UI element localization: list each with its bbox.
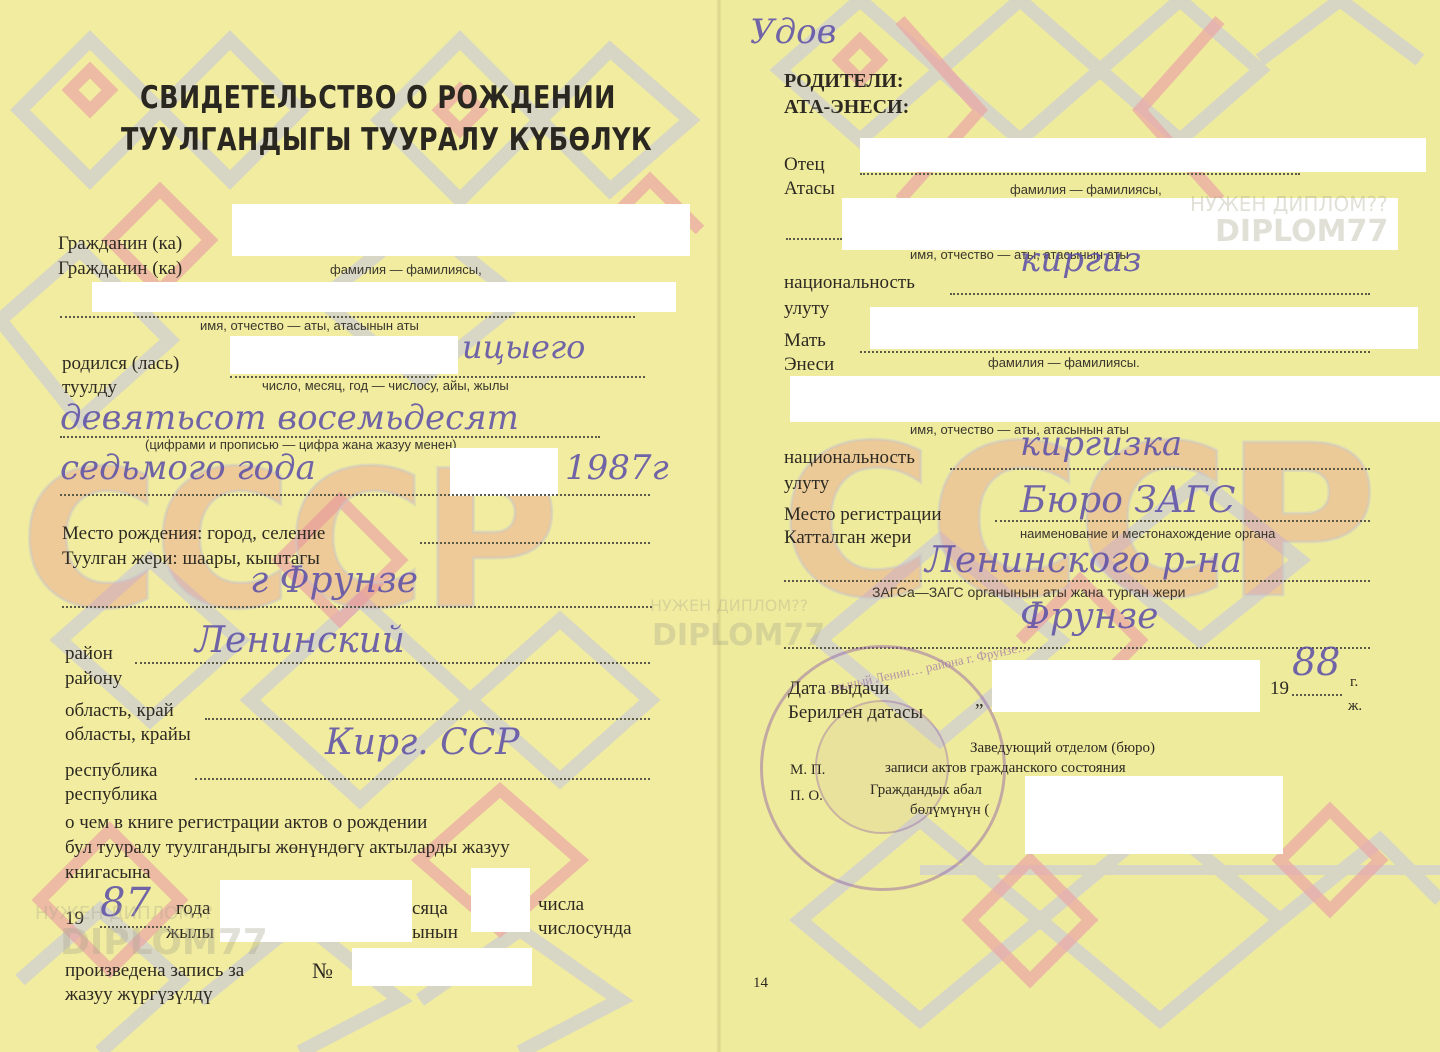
redacted-father-surname [860,138,1426,172]
issue-year-dotted-line [1292,694,1342,696]
redacted-signature-name [1025,776,1283,854]
redacted-reg-day [471,868,530,932]
mother-surname-dotted-line [860,351,1370,353]
handwritten-registration-1: Бюро ЗАГС [1020,480,1235,521]
mother-surname-hint: фамилия — фамилиясы. [988,355,1140,370]
district-label-ky: району [65,668,122,690]
issue-quote-mark: „ [975,690,983,712]
watermark-brand-left: DIPLOM77 [60,922,268,963]
redacted-birth-number [450,448,558,496]
redacted-mother-surname [870,307,1418,349]
mother-label-ru: Мать [784,330,826,352]
district-dotted-line [135,662,650,664]
handwritten-district: Ленинский [195,620,405,661]
handwritten-day-suffix: ицыего [462,328,585,366]
mp-label-ru: М. П. [790,762,825,779]
year-abbr-ru: г. [1350,674,1358,691]
left-page: СССР СВИДЕТЕЛЬСТВО О РОЖДЕНИИ ТУУЛГАНДЫГ… [0,0,720,1052]
district-label-ru: район [65,643,113,665]
handwritten-registration-2: Ленинского р-на [925,540,1242,581]
record-number-sign: № [312,958,333,984]
birthplace-label-ru: Место рождения: город, селение [62,523,325,545]
father-label-ru: Отец [784,154,825,176]
month-word-ky: ынын [412,922,458,944]
day-word-ru: числа [538,894,584,916]
issue-date-label-ky: Берилген датасы [788,702,923,724]
handwritten-year-words-1: девятьсот восемьдесят [60,398,519,438]
watermark-slogan-right: НУЖЕН ДИПЛОМ?? [1190,192,1388,216]
month-word-ru: сяца [412,898,448,920]
parents-heading-ru: РОДИТЕЛИ: [784,70,904,93]
father-nationality-label-ru: национальность [784,272,915,294]
mother-nationality-dotted-line [950,468,1370,470]
republic-dotted-line [195,778,650,780]
republic-label-ky: республика [65,784,157,806]
birthplace-dotted-line [420,542,650,544]
surname-hint: фамилия — фамилиясы, [330,262,482,277]
record-label-ky: жазуу жүргүзүлдү [65,984,213,1006]
title-kyrgyz: ТУУЛГАНДЫГЫ ТУУРАЛУ КҮБӨЛҮК [121,122,652,158]
watermark-brand-right: DIPLOM77 [1215,214,1388,249]
father-name-dotted-line [786,238,842,240]
handwritten-corner-note: Удов [750,12,836,52]
father-label-ky: Атасы [784,178,835,200]
handwritten-birth-year: 1987г [565,448,669,488]
year-abbr-ky: ж. [1348,698,1362,715]
city-dotted-line [62,606,652,608]
handwritten-city: г Фрунзе [250,560,418,601]
father-surname-dotted-line [860,173,1300,175]
registration-dotted-line-2 [784,580,1370,582]
head-title-line-1: Заведующий отделом (бюро) [970,740,1155,757]
redacted-record-number [352,948,532,986]
date-hint: число, месяц, год — числосу, айы, жылы [262,378,509,393]
region-label-ky: областы, крайы [65,724,191,746]
org-hint: наименование и местонахождение органа [1020,526,1275,541]
region-label-ru: область, край [65,700,174,722]
registration-place-label-ky: Катталган жери [784,527,911,549]
father-nationality-label-ky: улуту [784,298,829,320]
region-dotted-line [205,718,650,720]
born-label-ky: туулду [62,377,117,399]
page-number: 14 [753,975,768,992]
head-title-line-2: записи актов гражданского состояния [885,760,1126,777]
redacted-issue-date [992,660,1260,712]
redacted-birth-day [230,336,458,374]
day-word-ky: числосунда [538,918,632,940]
issue-year-prefix: 19 [1270,678,1289,700]
issue-date-label-ru: Дата выдачи [788,678,889,700]
born-label-ru: родился (лась) [62,353,179,375]
registration-dotted-line-1 [995,520,1370,522]
registry-text-ru: о чем в книге регистрации актов о рожден… [65,812,427,834]
redacted-first-name [92,282,676,312]
citizen-label-ru: Гражданин (ка) [58,233,182,255]
redacted-surname [232,204,690,256]
mother-nationality-label-ru: национальность [784,447,915,469]
republic-label-ru: республика [65,760,157,782]
page-fold [716,0,722,1052]
name-hint: имя, отчество — аты, атасынын аты [200,318,419,333]
year-words-dotted-line-2 [60,494,650,496]
redacted-mother-name [790,376,1440,422]
father-nationality-dotted-line [950,293,1370,295]
mother-nationality-label-ky: улуту [784,473,829,495]
head-title-line-3: Граждандык абал [870,782,982,799]
handwritten-father-nationality: киргиз [1020,240,1142,280]
mp-label-ky: П. О. [790,788,823,805]
handwritten-mother-nationality: киргизка [1020,424,1182,464]
watermark-brand-center: DIPLOM77 [652,618,825,653]
watermark-slogan-center: НУЖЕН ДИПЛОМ?? [650,596,808,615]
title-russian: СВИДЕТЕЛЬСТВО О РОЖДЕНИИ [140,80,616,116]
mother-label-ky: Энеси [784,354,834,376]
registry-text-ky: бул тууралу туулгандыгы жөнүндөгү актыла… [65,837,510,859]
record-label-ru: произведена запись за [65,960,244,982]
citizen-label-ky: Гражданин (ка) [58,258,182,280]
handwritten-registration-3: Фрунзе [1020,596,1158,637]
head-title-line-4: бөлүмүнүн ( [910,802,989,819]
handwritten-year-words-2: седьмого года [60,448,316,488]
registration-place-label-ru: Место регистрации [784,504,942,526]
handwritten-republic: Кирг. ССР [325,722,519,763]
watermark-slogan-left: НУЖЕН ДИПЛОМ?? [35,903,213,924]
father-surname-hint: фамилия — фамилиясы, [1010,182,1162,197]
handwritten-issue-year: 88 [1292,640,1340,684]
right-page: СССР Удов РОДИТЕЛИ: АТА-ЭНЕСИ: Отец Атас… [720,0,1440,1052]
parents-heading-ky: АТА-ЭНЕСИ: [784,96,909,119]
